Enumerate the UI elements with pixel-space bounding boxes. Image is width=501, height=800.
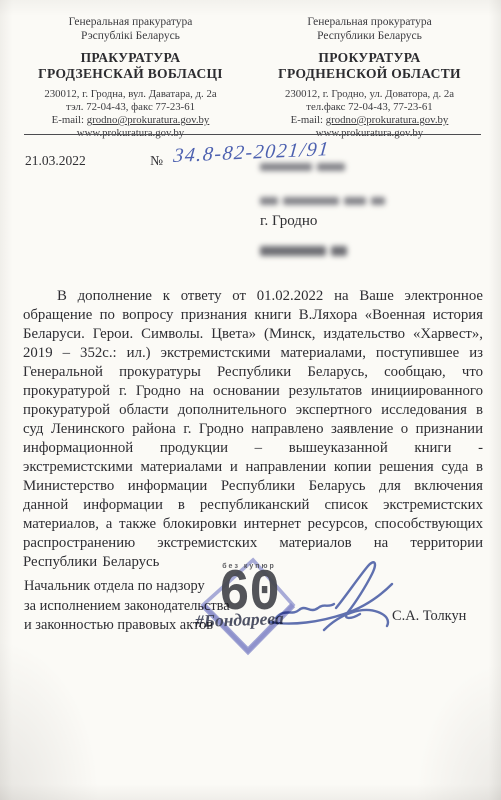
scanned-letter-page: Генеральная пракуратура Рэспублікі Белар…: [0, 0, 501, 800]
org-title-line: ГРОДЗЕНСКАЙ ВОБЛАСЦІ: [14, 66, 247, 82]
recipient-block: г. Гродно: [260, 163, 430, 258]
email-address: grodno@prokuratura.gov.by: [87, 114, 210, 126]
org-address: 230012, г. Гродно, ул. Доватора, д. 2а: [253, 88, 486, 101]
parent-org-line: Рэспублікі Беларусь: [14, 30, 247, 44]
letter-body-paragraph: В дополнение к ответу от 01.02.2022 на В…: [23, 287, 483, 572]
parent-org-line: Республики Беларусь: [253, 30, 486, 44]
org-address: 230012, г. Гродна, вул. Даватара, д. 2а: [14, 88, 247, 101]
number-sign: №: [150, 153, 163, 169]
redacted-recipient-address: [260, 197, 430, 205]
org-phone: тел.факс 72-04-43, 77-23-61: [253, 101, 486, 114]
redacted-text-blob: [344, 197, 366, 205]
parent-org-line: Генеральная прокуратура: [253, 16, 486, 30]
letter-date: 21.03.2022: [25, 153, 86, 169]
redacted-recipient-name: [260, 163, 430, 171]
org-email-line: E-mail: grodno@prokuratura.gov.by: [14, 114, 247, 127]
redacted-text-blob: [283, 197, 339, 205]
redacted-text-blob: [331, 246, 347, 256]
email-label: E-mail:: [291, 114, 326, 126]
redacted-text-blob: [260, 246, 326, 256]
org-phone: тэл. 72-04-43, факс 77-23-61: [14, 101, 247, 114]
org-title-line: ГРОДНЕНСКОЙ ОБЛАСТИ: [253, 66, 486, 82]
email-label: E-mail:: [52, 114, 87, 126]
parent-org-line: Генеральная пракуратура: [14, 16, 247, 30]
redacted-text-blob: [260, 163, 312, 171]
redacted-recipient-email: [260, 246, 430, 256]
recipient-city: г. Гродно: [260, 213, 430, 230]
email-address: grodno@prokuratura.gov.by: [326, 114, 449, 126]
org-title-line: ПРАКУРАТУРА: [14, 50, 247, 66]
redacted-text-blob: [260, 197, 278, 205]
org-title-line: ПРОКУРАТУРА: [253, 50, 486, 66]
ink-signature-icon: [266, 556, 398, 648]
redacted-text-blob: [317, 163, 345, 171]
letterhead-row: Генеральная пракуратура Рэспублікі Белар…: [0, 16, 501, 140]
letterhead-russian: Генеральная прокуратура Республики Белар…: [253, 16, 486, 140]
letterhead-divider-rule: [24, 134, 481, 135]
letterhead-belarusian: Генеральная пракуратура Рэспублікі Белар…: [14, 16, 247, 140]
redacted-text-blob: [371, 197, 385, 205]
org-email-line: E-mail: grodno@prokuratura.gov.by: [253, 114, 486, 127]
signer-name: С.А. Толкун: [392, 608, 466, 625]
